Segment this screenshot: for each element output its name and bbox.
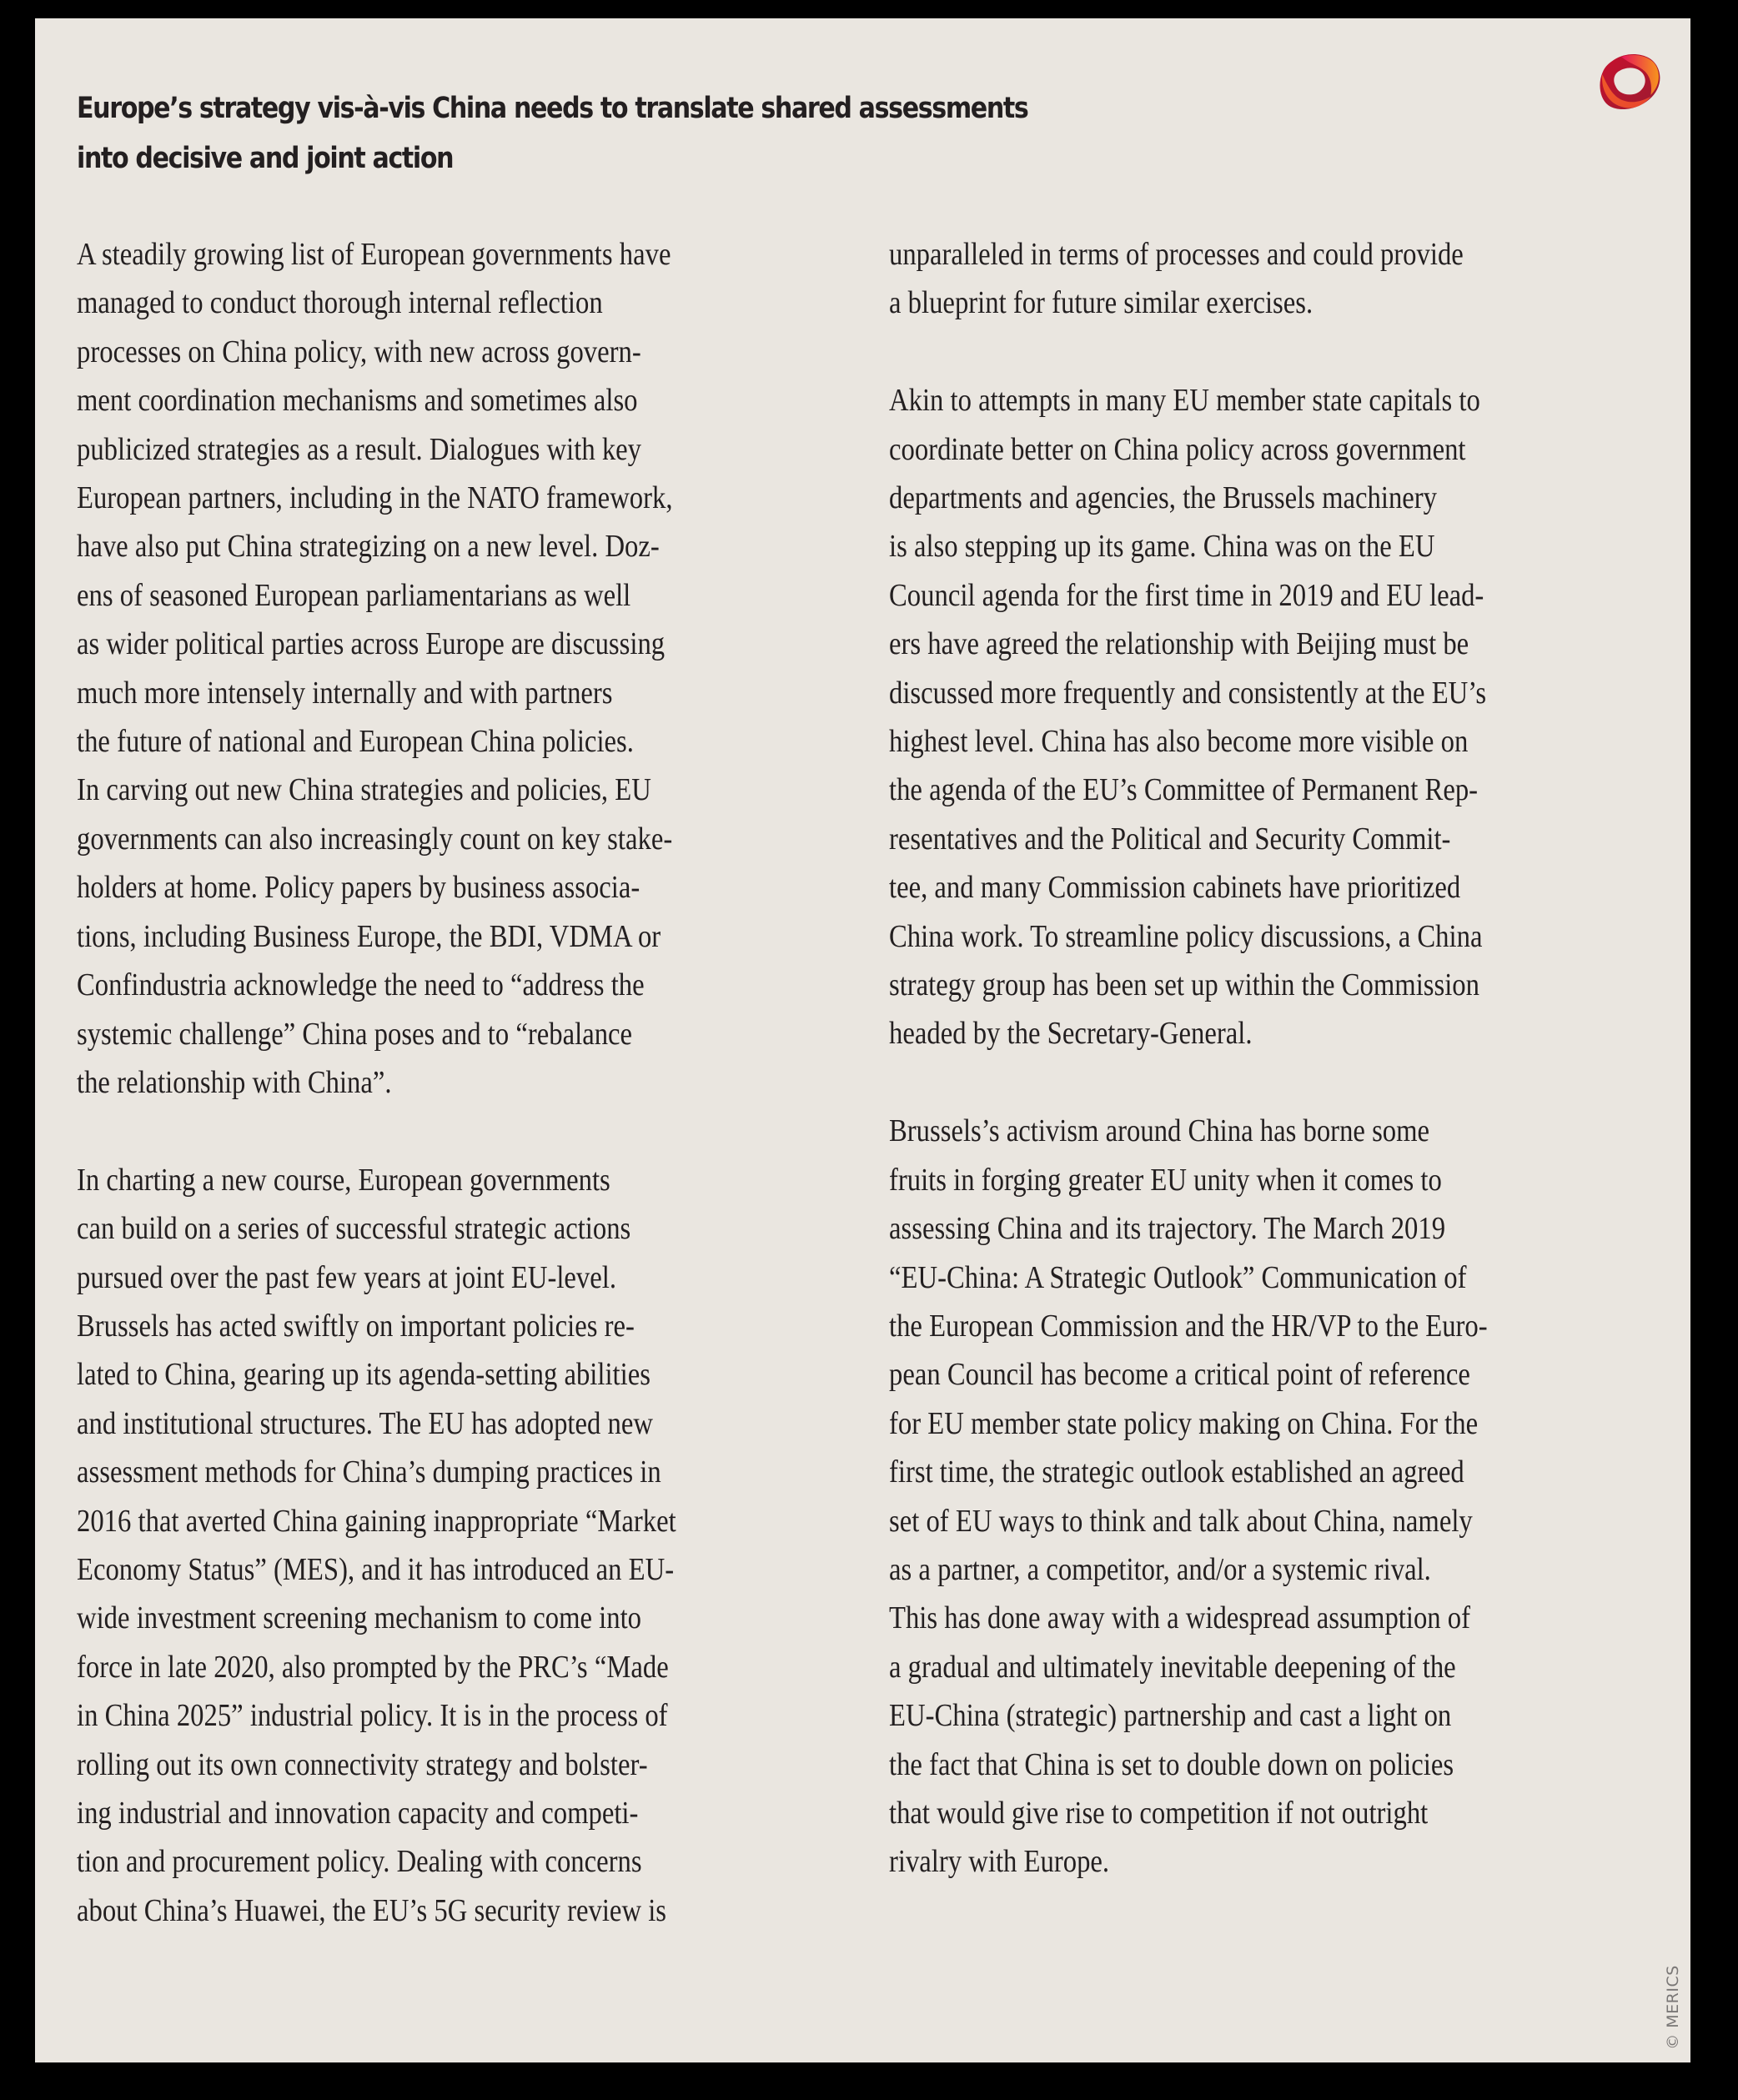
- text-line: much more intensely internally and with …: [77, 669, 744, 717]
- copyright-notice: © MERICS: [1663, 1962, 1683, 2053]
- paragraph: A steadily growing list of European gove…: [77, 230, 852, 1107]
- text-line: governments can also increasingly count …: [77, 815, 744, 863]
- text-line: processes on China policy, with new acro…: [77, 328, 744, 376]
- text-line: Confindustria acknowledge the need to “a…: [77, 961, 744, 1009]
- text-line: that would give rise to competition if n…: [889, 1789, 1556, 1837]
- text-line: the relationship with China”.: [77, 1058, 744, 1107]
- text-line: coordinate better on China policy across…: [889, 425, 1556, 474]
- text-line: Council agenda for the first time in 201…: [889, 571, 1556, 620]
- text-line: the fact that China is set to double dow…: [889, 1741, 1556, 1789]
- left-column: A steadily growing list of European gove…: [77, 230, 852, 1984]
- text-line: Akin to attempts in many EU member state…: [889, 376, 1556, 425]
- text-line: the European Commission and the HR/VP to…: [889, 1302, 1556, 1350]
- text-line: in China 2025” industrial policy. It is …: [77, 1691, 744, 1740]
- text-line: systemic challenge” China poses and to “…: [77, 1010, 744, 1058]
- text-line: ment coordination mechanisms and sometim…: [77, 376, 744, 425]
- text-line: ens of seasoned European parliamentarian…: [77, 571, 744, 620]
- text-line: pursued over the past few years at joint…: [77, 1253, 744, 1302]
- text-line: pean Council has become a critical point…: [889, 1350, 1556, 1399]
- text-line: rivalry with Europe.: [889, 1837, 1556, 1886]
- paragraph: Brussels’s activism around China has bor…: [889, 1107, 1665, 1886]
- text-line: departments and agencies, the Brussels m…: [889, 474, 1556, 522]
- text-line: tions, including Business Europe, the BD…: [77, 912, 744, 961]
- text-line: Economy Status” (MES), and it has introd…: [77, 1545, 744, 1594]
- text-line: first time, the strategic outlook establ…: [889, 1448, 1556, 1496]
- text-line: headed by the Secretary-General.: [889, 1009, 1556, 1058]
- text-line: In charting a new course, European gover…: [77, 1156, 744, 1204]
- text-line: fruits in forging greater EU unity when …: [889, 1156, 1556, 1204]
- text-line: In carving out new China strategies and …: [77, 766, 744, 814]
- text-line: and institutional structures. The EU has…: [77, 1399, 744, 1448]
- text-line: set of EU ways to think and talk about C…: [889, 1497, 1556, 1545]
- text-line: European partners, including in the NATO…: [77, 474, 744, 522]
- text-line: a gradual and ultimately inevitable deep…: [889, 1643, 1556, 1691]
- text-line: as a partner, a competitor, and/or a sys…: [889, 1545, 1556, 1594]
- text-line: Brussels has acted swiftly on important …: [77, 1302, 744, 1350]
- title-line: into decisive and joint action: [77, 133, 1224, 183]
- right-column: unparalleled in terms of processes and c…: [889, 230, 1665, 1935]
- text-line: discussed more frequently and consistent…: [889, 669, 1556, 717]
- text-line: force in late 2020, also prompted by the…: [77, 1643, 744, 1691]
- text-line: wide investment screening mechanism to c…: [77, 1594, 744, 1642]
- text-line: can build on a series of successful stra…: [77, 1204, 744, 1253]
- infobox-panel: Europe’s strategy vis-à-vis China needs …: [35, 18, 1690, 2062]
- text-line: tion and procurement policy. Dealing wit…: [77, 1837, 744, 1886]
- text-line: resentatives and the Political and Secur…: [889, 815, 1556, 863]
- text-line: This has done away with a widespread ass…: [889, 1594, 1556, 1642]
- paragraph: In charting a new course, European gover…: [77, 1156, 852, 1936]
- text-line: the future of national and European Chin…: [77, 717, 744, 766]
- merics-logo-icon: [1592, 45, 1665, 118]
- text-line: as wider political parties across Europe…: [77, 620, 744, 668]
- paragraph: Akin to attempts in many EU member state…: [889, 376, 1665, 1058]
- text-line: China work. To streamline policy discuss…: [889, 912, 1556, 961]
- text-line: Brussels’s activism around China has bor…: [889, 1107, 1556, 1155]
- text-line: ers have agreed the relationship with Be…: [889, 620, 1556, 668]
- text-line: tee, and many Commission cabinets have p…: [889, 863, 1556, 912]
- text-line: the agenda of the EU’s Committee of Perm…: [889, 766, 1556, 814]
- text-line: highest level. China has also become mor…: [889, 717, 1556, 766]
- text-line: “EU-China: A Strategic Outlook” Communic…: [889, 1253, 1556, 1302]
- text-line: rolling out its own connectivity strateg…: [77, 1741, 744, 1789]
- text-line: EU-China (strategic) partnership and cas…: [889, 1691, 1556, 1740]
- text-line: 2016 that averted China gaining inapprop…: [77, 1497, 744, 1545]
- text-line: for EU member state policy making on Chi…: [889, 1399, 1556, 1448]
- text-line: strategy group has been set up within th…: [889, 961, 1556, 1009]
- title-line: Europe’s strategy vis-à-vis China needs …: [77, 83, 1224, 133]
- text-line: about China’s Huawei, the EU’s 5G securi…: [77, 1886, 744, 1935]
- text-line: assessing China and its trajectory. The …: [889, 1204, 1556, 1253]
- text-line: managed to conduct thorough internal ref…: [77, 279, 744, 327]
- text-line: ing industrial and innovation capacity a…: [77, 1789, 744, 1837]
- text-line: assessment methods for China’s dumping p…: [77, 1448, 744, 1496]
- text-line: lated to China, gearing up its agenda-se…: [77, 1350, 744, 1399]
- text-line: unparalleled in terms of processes and c…: [889, 230, 1556, 279]
- text-line: holders at home. Policy papers by busine…: [77, 863, 744, 912]
- text-line: publicized strategies as a result. Dialo…: [77, 425, 744, 474]
- text-line: is also stepping up its game. China was …: [889, 522, 1556, 570]
- text-line: have also put China strategizing on a ne…: [77, 522, 744, 570]
- text-line: a blueprint for future similar exercises…: [889, 279, 1556, 327]
- infobox-title: Europe’s strategy vis-à-vis China needs …: [77, 83, 1224, 183]
- text-line: A steadily growing list of European gove…: [77, 230, 744, 279]
- paragraph: unparalleled in terms of processes and c…: [889, 230, 1665, 328]
